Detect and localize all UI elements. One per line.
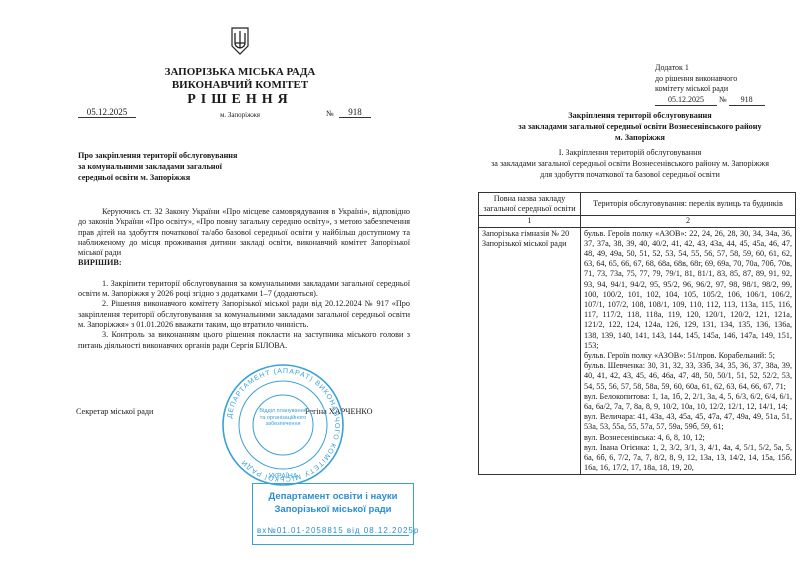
decision-body: Керуючись ст. 32 Закону України «Про міс… [78,207,410,351]
seal-inner-text: Відділ планування та організаційного заб… [256,408,310,428]
decision-date: 05.12.2025 [78,107,136,118]
header-school: Повна назва закладу загальної середньої … [479,193,581,216]
annex-number-label: № [719,95,727,104]
annex-title-line: Закріплення території обслуговування [480,110,800,121]
council-header: ЗАПОРІЗЬКА МІСЬКА РАДА ВИКОНАВЧИЙ КОМІТЕ… [140,66,340,92]
registration-stamp: Департамент освіти і науки Запорізької м… [252,483,414,545]
street-list: бульв. Героїв полку «АЗОВ»: 22, 24, 26, … [581,227,796,475]
annex-date: 05.12.2025 [655,95,717,107]
council-name: ЗАПОРІЗЬКА МІСЬКА РАДА [140,66,340,79]
city-label: м. Запоріжжя [200,111,280,119]
decision-item-2: 2. Рішення виконавчого комітету Запорізь… [78,299,410,330]
annex-page: Додаток 1 до рішення виконавчого комітет… [460,0,800,571]
secretary-label: Секретар міської ради [76,407,153,416]
annex-header: Додаток 1 до рішення виконавчого комітет… [655,63,765,106]
stamp-registration: вх№01.01-2058815 від 08.12.2025р [257,526,409,536]
col-number-1: 1 [479,216,581,227]
decided-label: ВИРІШИВ: [78,258,410,268]
preamble: Керуючись ст. 32 Закону України «Про міс… [78,207,410,258]
street-entry: бульв. Героїв полку «АЗОВ»: 51/пров. Кор… [584,351,792,361]
annex-title-line: за закладами загальної середньої освіти … [480,121,800,132]
table-header-row: Повна назва закладу загальної середньої … [479,193,796,216]
round-seal-icon: ДЕПАРТАМЕНТ (АПАРАТ) ВИКОНАВЧОГО КОМІТЕТ… [218,360,348,490]
territory-table: Повна назва закладу загальної середньої … [478,192,796,475]
table-row: Запорізька гімназія № 20 Запорізької міс… [479,227,796,475]
section-title-line: для здобуття початкової та базової серед… [460,170,800,181]
annex-line-2: до рішення виконавчого [655,74,765,85]
street-entry: бульв. Героїв полку «АЗОВ»: 22, 24, 26, … [584,229,792,351]
street-entry: вул. Вознесенівська: 4, 6, 8, 10, 12; [584,433,792,443]
stamp-line-1: Департамент освіти і науки [253,491,413,502]
annex-number: 918 [729,95,765,107]
school-name: Запорізька гімназія № 20 Запорізької міс… [479,227,581,475]
annex-label: Додаток 1 [655,63,765,74]
street-entry: вул. Белокопитова: 1, 1а, 1б, 2, 2/1, 3а… [584,392,792,412]
decision-item-3: 3. Контроль за виконанням цього рішення … [78,330,410,351]
street-entry: бульв. Шевченка: 30, 31, 32, 33, 33б, 34… [584,361,792,392]
doc-type-title: РІШЕННЯ [140,92,340,108]
table-column-number-row: 1 2 [479,216,796,227]
decision-number: 918 [339,107,371,118]
annex-title-line: м. Запоріжжя [480,132,800,143]
section-title-line: І. Закріплення територій обслуговування [460,148,800,159]
header-territory: Територія обслуговування: перелік вулиць… [581,193,796,216]
decision-subject: Про закріплення території обслуговування… [78,150,238,183]
number-label: № [326,109,334,118]
committee-name: ВИКОНАВЧИЙ КОМІТЕТ [140,79,340,92]
annex-line-3: комітету міської ради [655,84,765,95]
street-entry: вул. Величара: 41, 43а, 43, 45а, 45, 47а… [584,412,792,432]
trident-emblem-icon [230,26,250,56]
col-number-2: 2 [581,216,796,227]
decision-page: ЗАПОРІЗЬКА МІСЬКА РАДА ВИКОНАВЧИЙ КОМІТЕ… [0,0,460,571]
street-entry: вул. Івана Огієнка: 1, 2, 3/2, 3/1, 3, 4… [584,443,792,474]
annex-title: Закріплення території обслуговування за … [480,110,800,143]
section-title: І. Закріплення територій обслуговування … [460,148,800,180]
decision-item-1: 1. Закріпити території обслуговування за… [78,279,410,300]
section-title-line: за закладами загальної середньої освіти … [460,159,800,170]
stamp-line-2: Запорізької міської ради [253,504,413,515]
seal-bottom-text: УКРАЇНА [268,472,297,480]
